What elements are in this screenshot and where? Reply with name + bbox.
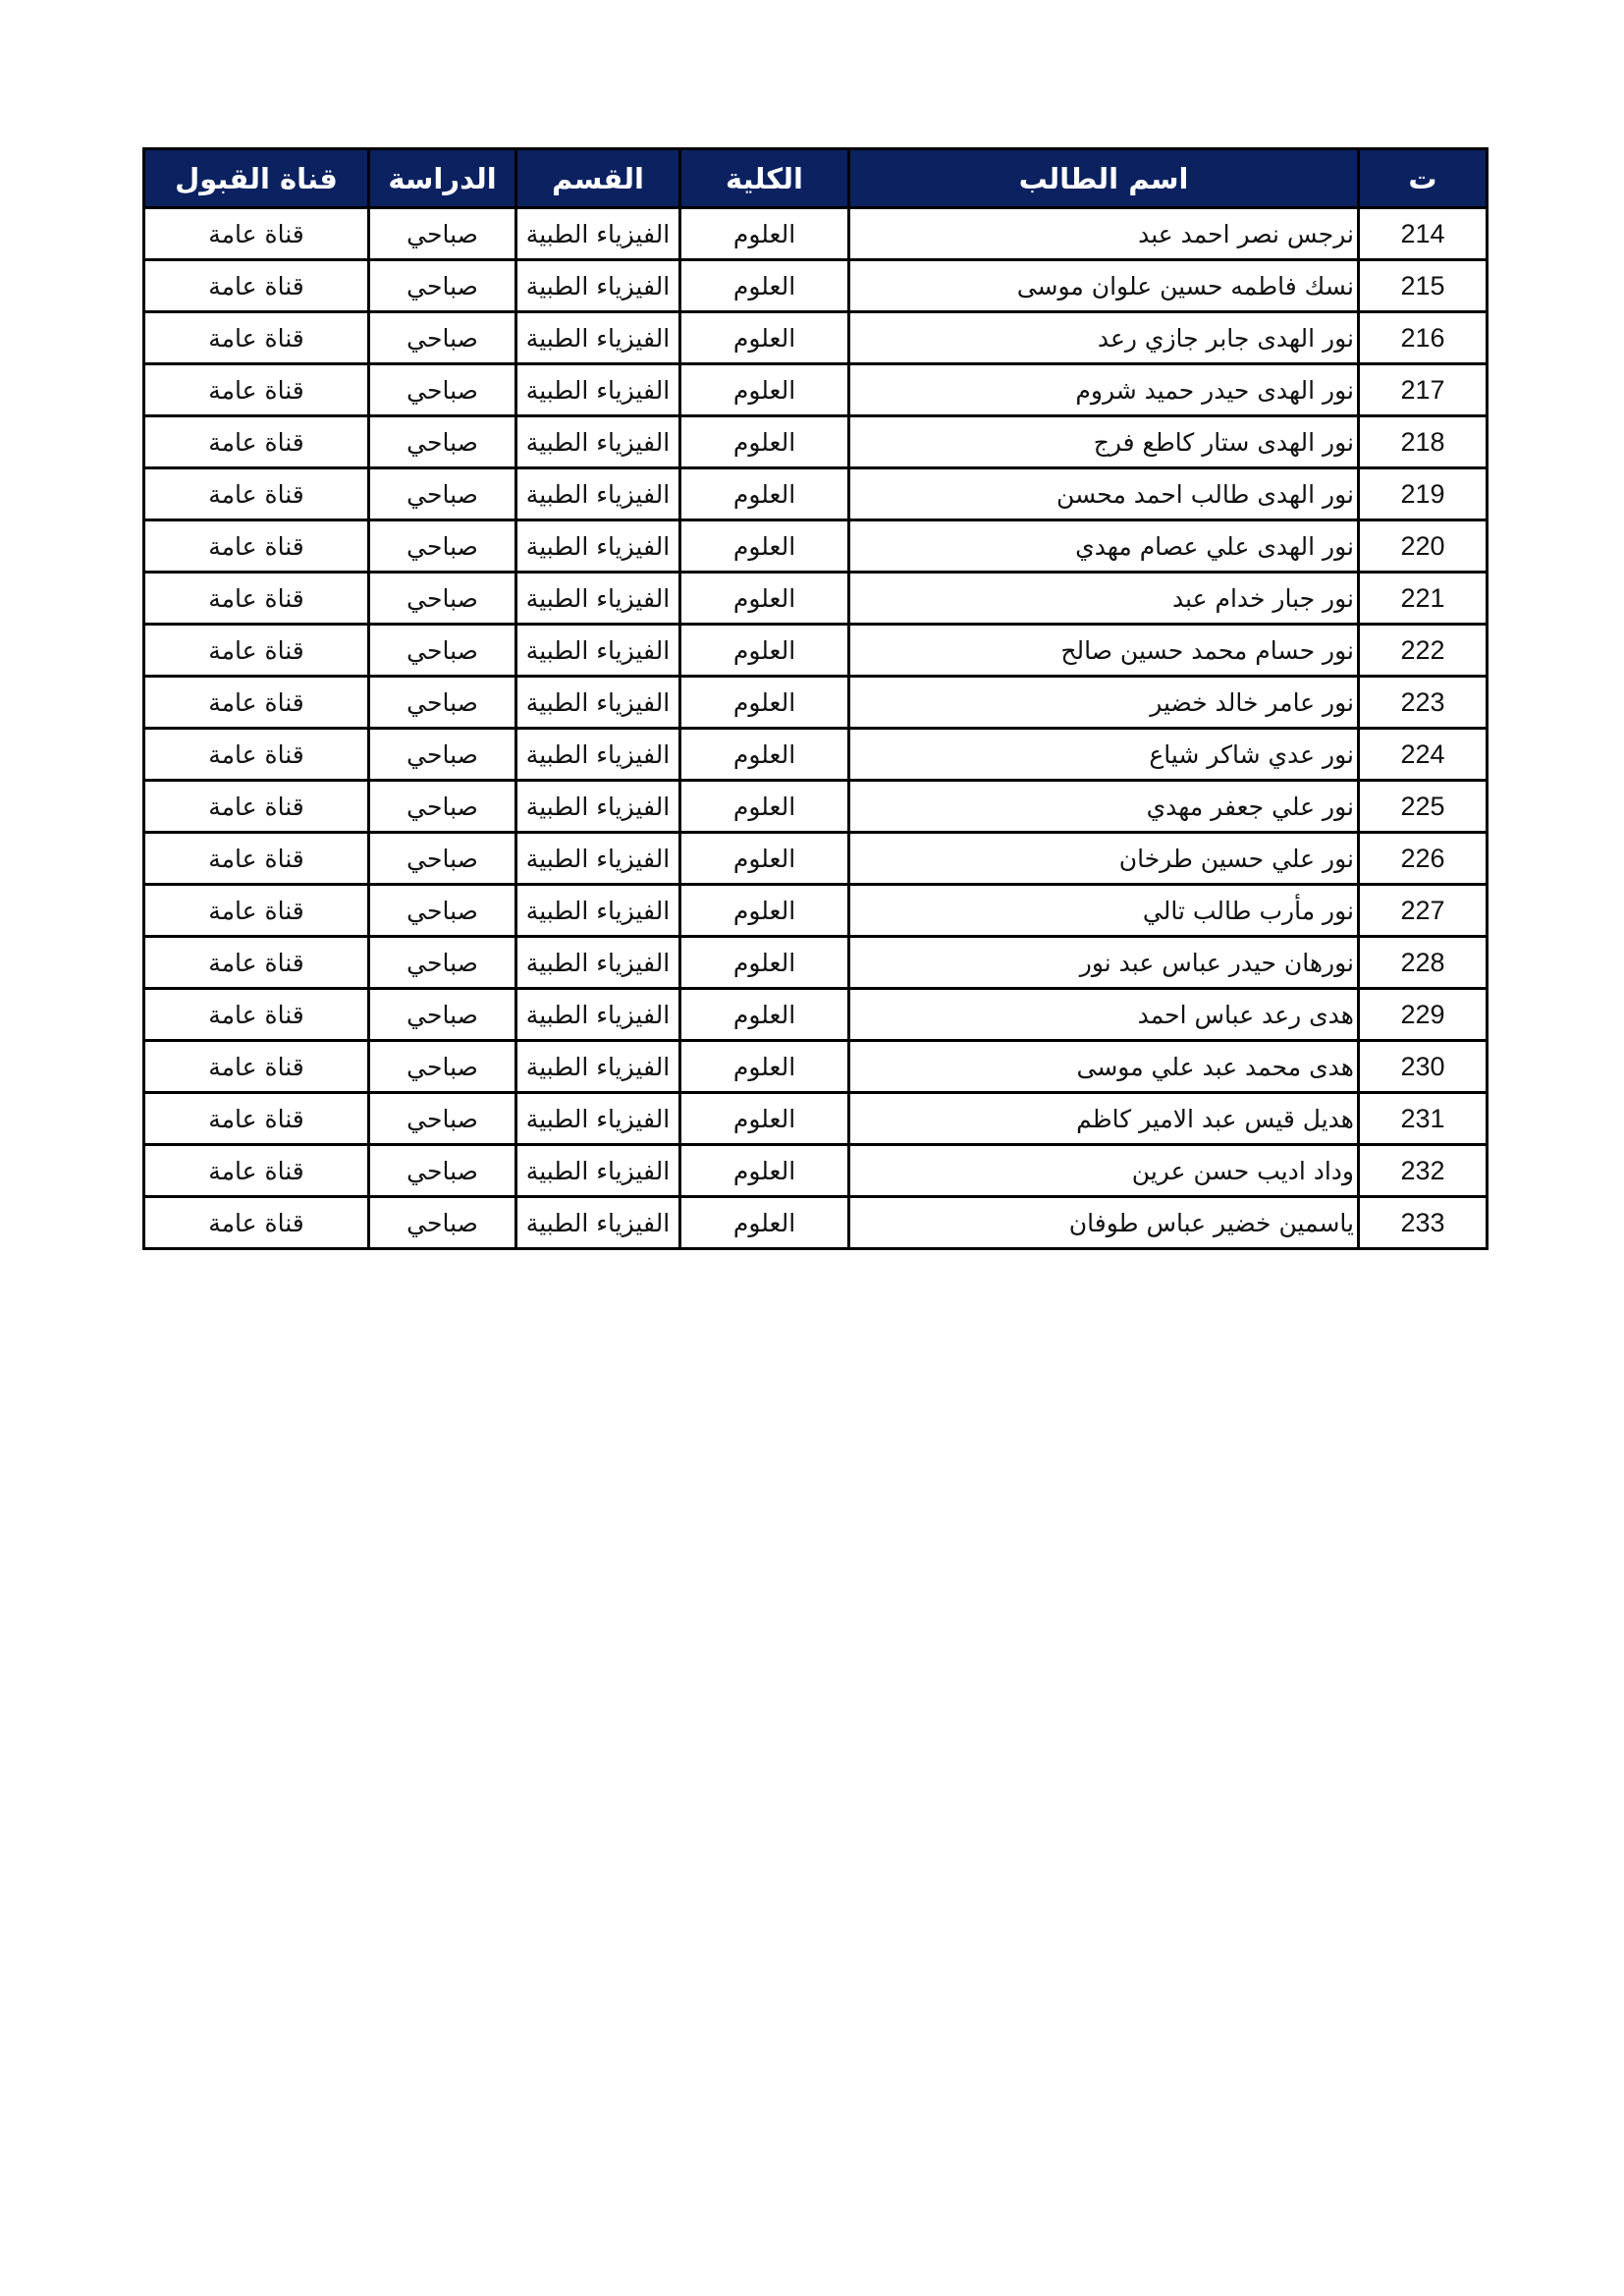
admission-channel-cell: قناة عامة <box>144 989 369 1041</box>
table-row: 218نور الهدى ستار كاطع فرجالعلومالفيزياء… <box>144 416 1488 468</box>
row-number-cell: 233 <box>1359 1197 1488 1249</box>
study-type-cell: صباحي <box>369 520 516 573</box>
student-name-cell: هديل قيس عبد الامير كاظم <box>849 1093 1359 1145</box>
college-cell: العلوم <box>680 937 849 989</box>
college-cell: العلوم <box>680 1197 849 1249</box>
department-cell: الفيزياء الطبية <box>516 1197 680 1249</box>
college-cell: العلوم <box>680 833 849 885</box>
admission-channel-cell: قناة عامة <box>144 1041 369 1093</box>
table-header: ت اسم الطالب الكلية القسم الدراسة قناة ا… <box>144 149 1488 208</box>
row-number-cell: 219 <box>1359 468 1488 520</box>
student-name-cell: نور الهدى حيدر حميد شروم <box>849 364 1359 416</box>
study-type-cell: صباحي <box>369 781 516 833</box>
row-number-cell: 220 <box>1359 520 1488 573</box>
admission-channel-cell: قناة عامة <box>144 416 369 468</box>
row-number-cell: 214 <box>1359 208 1488 260</box>
admission-channel-cell: قناة عامة <box>144 312 369 364</box>
header-study: الدراسة <box>369 149 516 208</box>
study-type-cell: صباحي <box>369 729 516 781</box>
college-cell: العلوم <box>680 208 849 260</box>
student-name-cell: نور علي حسين طرخان <box>849 833 1359 885</box>
college-cell: العلوم <box>680 625 849 677</box>
row-number-cell: 229 <box>1359 989 1488 1041</box>
table-row: 219نور الهدى طالب احمد محسنالعلومالفيزيا… <box>144 468 1488 520</box>
row-number-cell: 225 <box>1359 781 1488 833</box>
department-cell: الفيزياء الطبية <box>516 781 680 833</box>
table-row: 225نور علي جعفر مهديالعلومالفيزياء الطبي… <box>144 781 1488 833</box>
college-cell: العلوم <box>680 416 849 468</box>
table-row: 229هدى رعد عباس احمدالعلومالفيزياء الطبي… <box>144 989 1488 1041</box>
student-name-cell: نور الهدى ستار كاطع فرج <box>849 416 1359 468</box>
college-cell: العلوم <box>680 885 849 937</box>
row-number-cell: 218 <box>1359 416 1488 468</box>
study-type-cell: صباحي <box>369 208 516 260</box>
college-cell: العلوم <box>680 1145 849 1197</box>
admission-channel-cell: قناة عامة <box>144 1145 369 1197</box>
college-cell: العلوم <box>680 781 849 833</box>
student-name-cell: نور عدي شاكر شياع <box>849 729 1359 781</box>
student-name-cell: نور حسام محمد حسين صالح <box>849 625 1359 677</box>
admission-channel-cell: قناة عامة <box>144 937 369 989</box>
college-cell: العلوم <box>680 520 849 573</box>
student-name-cell: نور الهدى طالب احمد محسن <box>849 468 1359 520</box>
student-name-cell: نور جبار خدام عبد <box>849 573 1359 625</box>
header-row: ت اسم الطالب الكلية القسم الدراسة قناة ا… <box>144 149 1488 208</box>
table-row: 221نور جبار خدام عبدالعلومالفيزياء الطبي… <box>144 573 1488 625</box>
row-number-cell: 217 <box>1359 364 1488 416</box>
table-row: 233ياسمين خضير عباس طوفانالعلومالفيزياء … <box>144 1197 1488 1249</box>
admission-channel-cell: قناة عامة <box>144 885 369 937</box>
study-type-cell: صباحي <box>369 885 516 937</box>
row-number-cell: 222 <box>1359 625 1488 677</box>
table-row: 220نور الهدى علي عصام مهديالعلومالفيزياء… <box>144 520 1488 573</box>
row-number-cell: 216 <box>1359 312 1488 364</box>
row-number-cell: 227 <box>1359 885 1488 937</box>
student-roster-table: ت اسم الطالب الكلية القسم الدراسة قناة ا… <box>142 147 1489 1250</box>
study-type-cell: صباحي <box>369 677 516 729</box>
study-type-cell: صباحي <box>369 260 516 312</box>
table-row: 226نور علي حسين طرخانالعلومالفيزياء الطب… <box>144 833 1488 885</box>
header-college: الكلية <box>680 149 849 208</box>
table-row: 222نور حسام محمد حسين صالحالعلومالفيزياء… <box>144 625 1488 677</box>
row-number-cell: 215 <box>1359 260 1488 312</box>
table-row: 215نسك فاطمه حسين علوان موسىالعلومالفيزي… <box>144 260 1488 312</box>
college-cell: العلوم <box>680 989 849 1041</box>
study-type-cell: صباحي <box>369 468 516 520</box>
college-cell: العلوم <box>680 260 849 312</box>
admission-channel-cell: قناة عامة <box>144 1197 369 1249</box>
study-type-cell: صباحي <box>369 1093 516 1145</box>
study-type-cell: صباحي <box>369 937 516 989</box>
department-cell: الفيزياء الطبية <box>516 833 680 885</box>
department-cell: الفيزياء الطبية <box>516 885 680 937</box>
student-name-cell: نسك فاطمه حسين علوان موسى <box>849 260 1359 312</box>
header-num: ت <box>1359 149 1488 208</box>
table-row: 223نور عامر خالد خضيرالعلومالفيزياء الطب… <box>144 677 1488 729</box>
department-cell: الفيزياء الطبية <box>516 677 680 729</box>
college-cell: العلوم <box>680 1093 849 1145</box>
study-type-cell: صباحي <box>369 833 516 885</box>
admission-channel-cell: قناة عامة <box>144 677 369 729</box>
admission-channel-cell: قناة عامة <box>144 364 369 416</box>
study-type-cell: صباحي <box>369 989 516 1041</box>
study-type-cell: صباحي <box>369 1145 516 1197</box>
student-name-cell: نور الهدى علي عصام مهدي <box>849 520 1359 573</box>
department-cell: الفيزياء الطبية <box>516 937 680 989</box>
student-name-cell: هدى رعد عباس احمد <box>849 989 1359 1041</box>
student-name-cell: نور علي جعفر مهدي <box>849 781 1359 833</box>
table-row: 232وداد اديب حسن عرينالعلومالفيزياء الطب… <box>144 1145 1488 1197</box>
college-cell: العلوم <box>680 573 849 625</box>
table-row: 230هدى محمد عبد علي موسىالعلومالفيزياء ا… <box>144 1041 1488 1093</box>
study-type-cell: صباحي <box>369 625 516 677</box>
admission-channel-cell: قناة عامة <box>144 729 369 781</box>
study-type-cell: صباحي <box>369 312 516 364</box>
study-type-cell: صباحي <box>369 364 516 416</box>
admission-channel-cell: قناة عامة <box>144 520 369 573</box>
college-cell: العلوم <box>680 1041 849 1093</box>
college-cell: العلوم <box>680 677 849 729</box>
admission-channel-cell: قناة عامة <box>144 208 369 260</box>
college-cell: العلوم <box>680 312 849 364</box>
row-number-cell: 226 <box>1359 833 1488 885</box>
admission-channel-cell: قناة عامة <box>144 833 369 885</box>
table-row: 231هديل قيس عبد الامير كاظمالعلومالفيزيا… <box>144 1093 1488 1145</box>
department-cell: الفيزياء الطبية <box>516 989 680 1041</box>
study-type-cell: صباحي <box>369 573 516 625</box>
row-number-cell: 221 <box>1359 573 1488 625</box>
row-number-cell: 224 <box>1359 729 1488 781</box>
department-cell: الفيزياء الطبية <box>516 260 680 312</box>
student-name-cell: وداد اديب حسن عرين <box>849 1145 1359 1197</box>
department-cell: الفيزياء الطبية <box>516 625 680 677</box>
department-cell: الفيزياء الطبية <box>516 208 680 260</box>
table-row: 228نورهان حيدر عباس عبد نورالعلومالفيزيا… <box>144 937 1488 989</box>
department-cell: الفيزياء الطبية <box>516 1145 680 1197</box>
student-name-cell: نور مأرب طالب تالي <box>849 885 1359 937</box>
department-cell: الفيزياء الطبية <box>516 416 680 468</box>
table-row: 214نرجس نصر احمد عبدالعلومالفيزياء الطبي… <box>144 208 1488 260</box>
header-department: القسم <box>516 149 680 208</box>
department-cell: الفيزياء الطبية <box>516 312 680 364</box>
student-name-cell: نور عامر خالد خضير <box>849 677 1359 729</box>
table-row: 216نور الهدى جابر جازي رعدالعلومالفيزياء… <box>144 312 1488 364</box>
college-cell: العلوم <box>680 468 849 520</box>
department-cell: الفيزياء الطبية <box>516 364 680 416</box>
document-page: ت اسم الطالب الكلية القسم الدراسة قناة ا… <box>0 0 1624 2296</box>
row-number-cell: 223 <box>1359 677 1488 729</box>
admission-channel-cell: قناة عامة <box>144 625 369 677</box>
department-cell: الفيزياء الطبية <box>516 573 680 625</box>
study-type-cell: صباحي <box>369 416 516 468</box>
admission-channel-cell: قناة عامة <box>144 1093 369 1145</box>
row-number-cell: 228 <box>1359 937 1488 989</box>
student-name-cell: نرجس نصر احمد عبد <box>849 208 1359 260</box>
admission-channel-cell: قناة عامة <box>144 781 369 833</box>
table-body: 214نرجس نصر احمد عبدالعلومالفيزياء الطبي… <box>144 208 1488 1249</box>
student-name-cell: نورهان حيدر عباس عبد نور <box>849 937 1359 989</box>
table-row: 217نور الهدى حيدر حميد شرومالعلومالفيزيا… <box>144 364 1488 416</box>
admission-channel-cell: قناة عامة <box>144 468 369 520</box>
department-cell: الفيزياء الطبية <box>516 1093 680 1145</box>
student-name-cell: نور الهدى جابر جازي رعد <box>849 312 1359 364</box>
row-number-cell: 232 <box>1359 1145 1488 1197</box>
header-admission-channel: قناة القبول <box>144 149 369 208</box>
college-cell: العلوم <box>680 729 849 781</box>
header-student-name: اسم الطالب <box>849 149 1359 208</box>
study-type-cell: صباحي <box>369 1197 516 1249</box>
department-cell: الفيزياء الطبية <box>516 1041 680 1093</box>
admission-channel-cell: قناة عامة <box>144 573 369 625</box>
admission-channel-cell: قناة عامة <box>144 260 369 312</box>
table-row: 224نور عدي شاكر شياعالعلومالفيزياء الطبي… <box>144 729 1488 781</box>
table-row: 227نور مأرب طالب تاليالعلومالفيزياء الطب… <box>144 885 1488 937</box>
study-type-cell: صباحي <box>369 1041 516 1093</box>
student-name-cell: هدى محمد عبد علي موسى <box>849 1041 1359 1093</box>
department-cell: الفيزياء الطبية <box>516 729 680 781</box>
row-number-cell: 231 <box>1359 1093 1488 1145</box>
department-cell: الفيزياء الطبية <box>516 468 680 520</box>
college-cell: العلوم <box>680 364 849 416</box>
department-cell: الفيزياء الطبية <box>516 520 680 573</box>
student-name-cell: ياسمين خضير عباس طوفان <box>849 1197 1359 1249</box>
row-number-cell: 230 <box>1359 1041 1488 1093</box>
